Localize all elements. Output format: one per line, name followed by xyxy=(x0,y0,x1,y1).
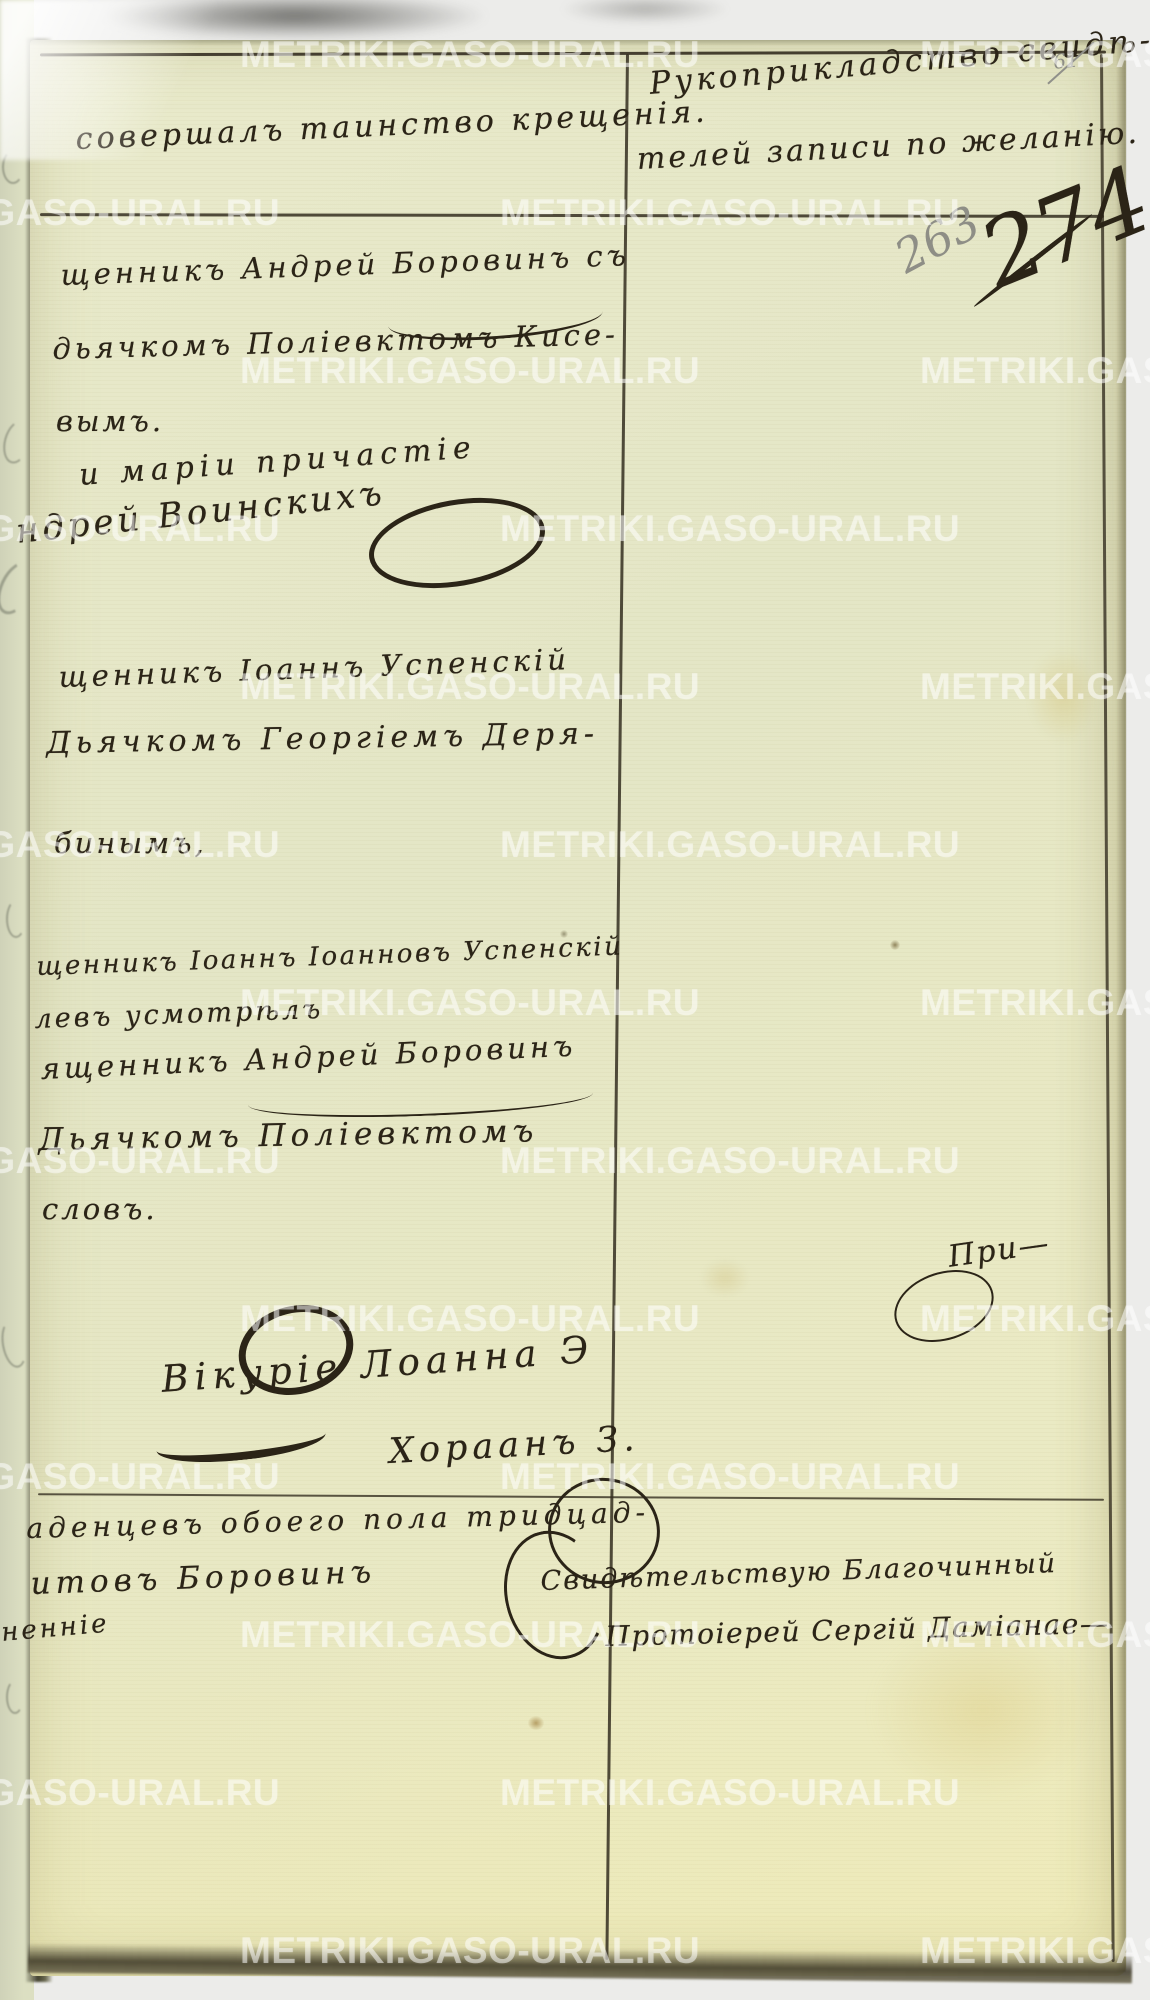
bleedthrough-mark xyxy=(6,1680,24,1714)
scan-smudge xyxy=(560,0,730,24)
record1-line3: вымъ. xyxy=(56,404,164,438)
record2-line3: бинымъ, xyxy=(54,826,207,860)
scan-smudge xyxy=(100,0,490,40)
bleedthrough-mark xyxy=(6,900,26,938)
record3-line5: словъ. xyxy=(42,1192,158,1226)
ink-spot xyxy=(528,1716,544,1730)
page-right-edge xyxy=(1116,42,1126,1972)
paper-stain xyxy=(1028,648,1098,744)
paper-stain xyxy=(700,1258,750,1298)
paper-stain xyxy=(868,1620,1098,1800)
scanned-metrical-book-page: совершалъ таинство крещенія. Рукоприклад… xyxy=(0,0,1150,2000)
bleedthrough-mark xyxy=(2,150,24,184)
ink-spot xyxy=(890,940,900,950)
folio-number-pencil: 61 xyxy=(1052,47,1080,74)
